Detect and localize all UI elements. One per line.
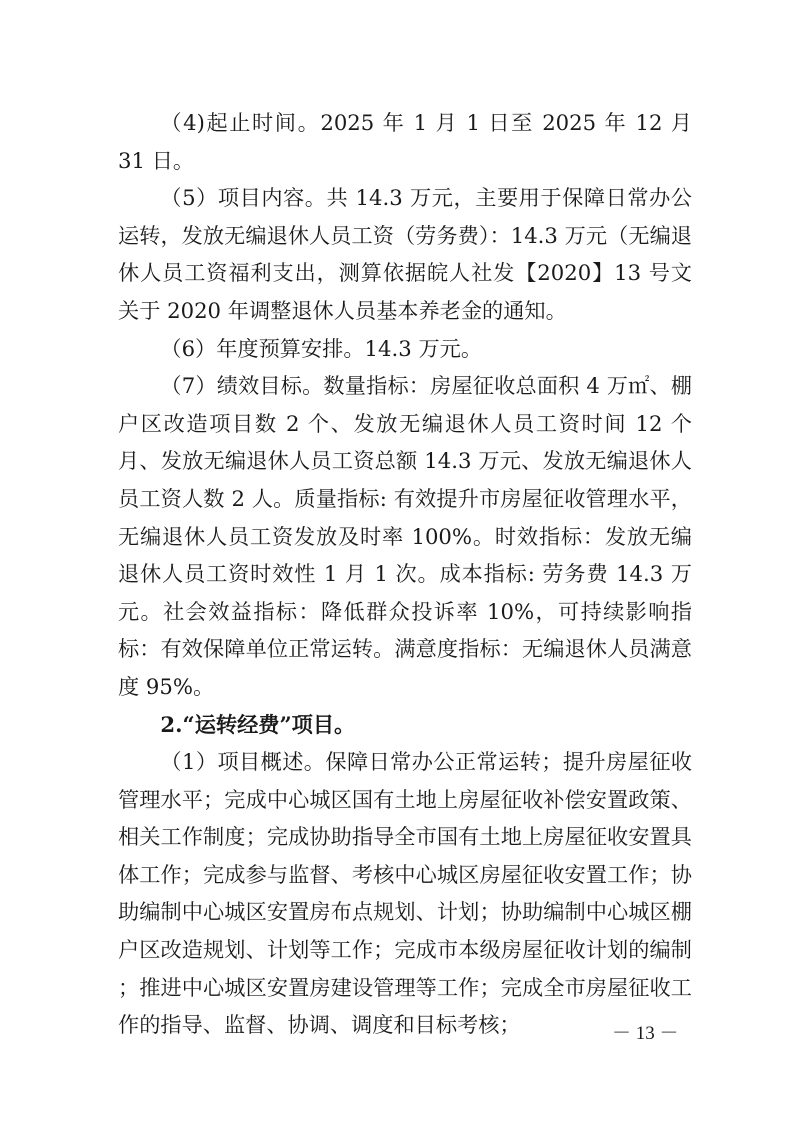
section-heading-operating-funds: 2.“运转经费”项目。	[118, 706, 692, 744]
paragraph-performance-goals: （7）绩效目标。数量指标：房屋征收总面积 4 万㎡、棚户区改造项目数 2 个、发…	[118, 367, 692, 705]
paragraph-project-overview: （1）项目概述。保障日常办公正常运转；提升房屋征收管理水平；完成中心城区国有土地…	[118, 743, 692, 1044]
paragraph-annual-budget: （6）年度预算安排。14.3 万元。	[118, 330, 692, 368]
page-number: － 13 －	[612, 1018, 679, 1045]
document-body: （4)起止时间。2025 年 1 月 1 日至 2025 年 12 月 31 日…	[118, 104, 692, 1044]
paragraph-project-content: （5）项目内容。共 14.3 万元，主要用于保障日常办公运转，发放无编退休人员工…	[118, 179, 692, 329]
paragraph-start-end-time: （4)起止时间。2025 年 1 月 1 日至 2025 年 12 月 31 日…	[118, 104, 692, 179]
